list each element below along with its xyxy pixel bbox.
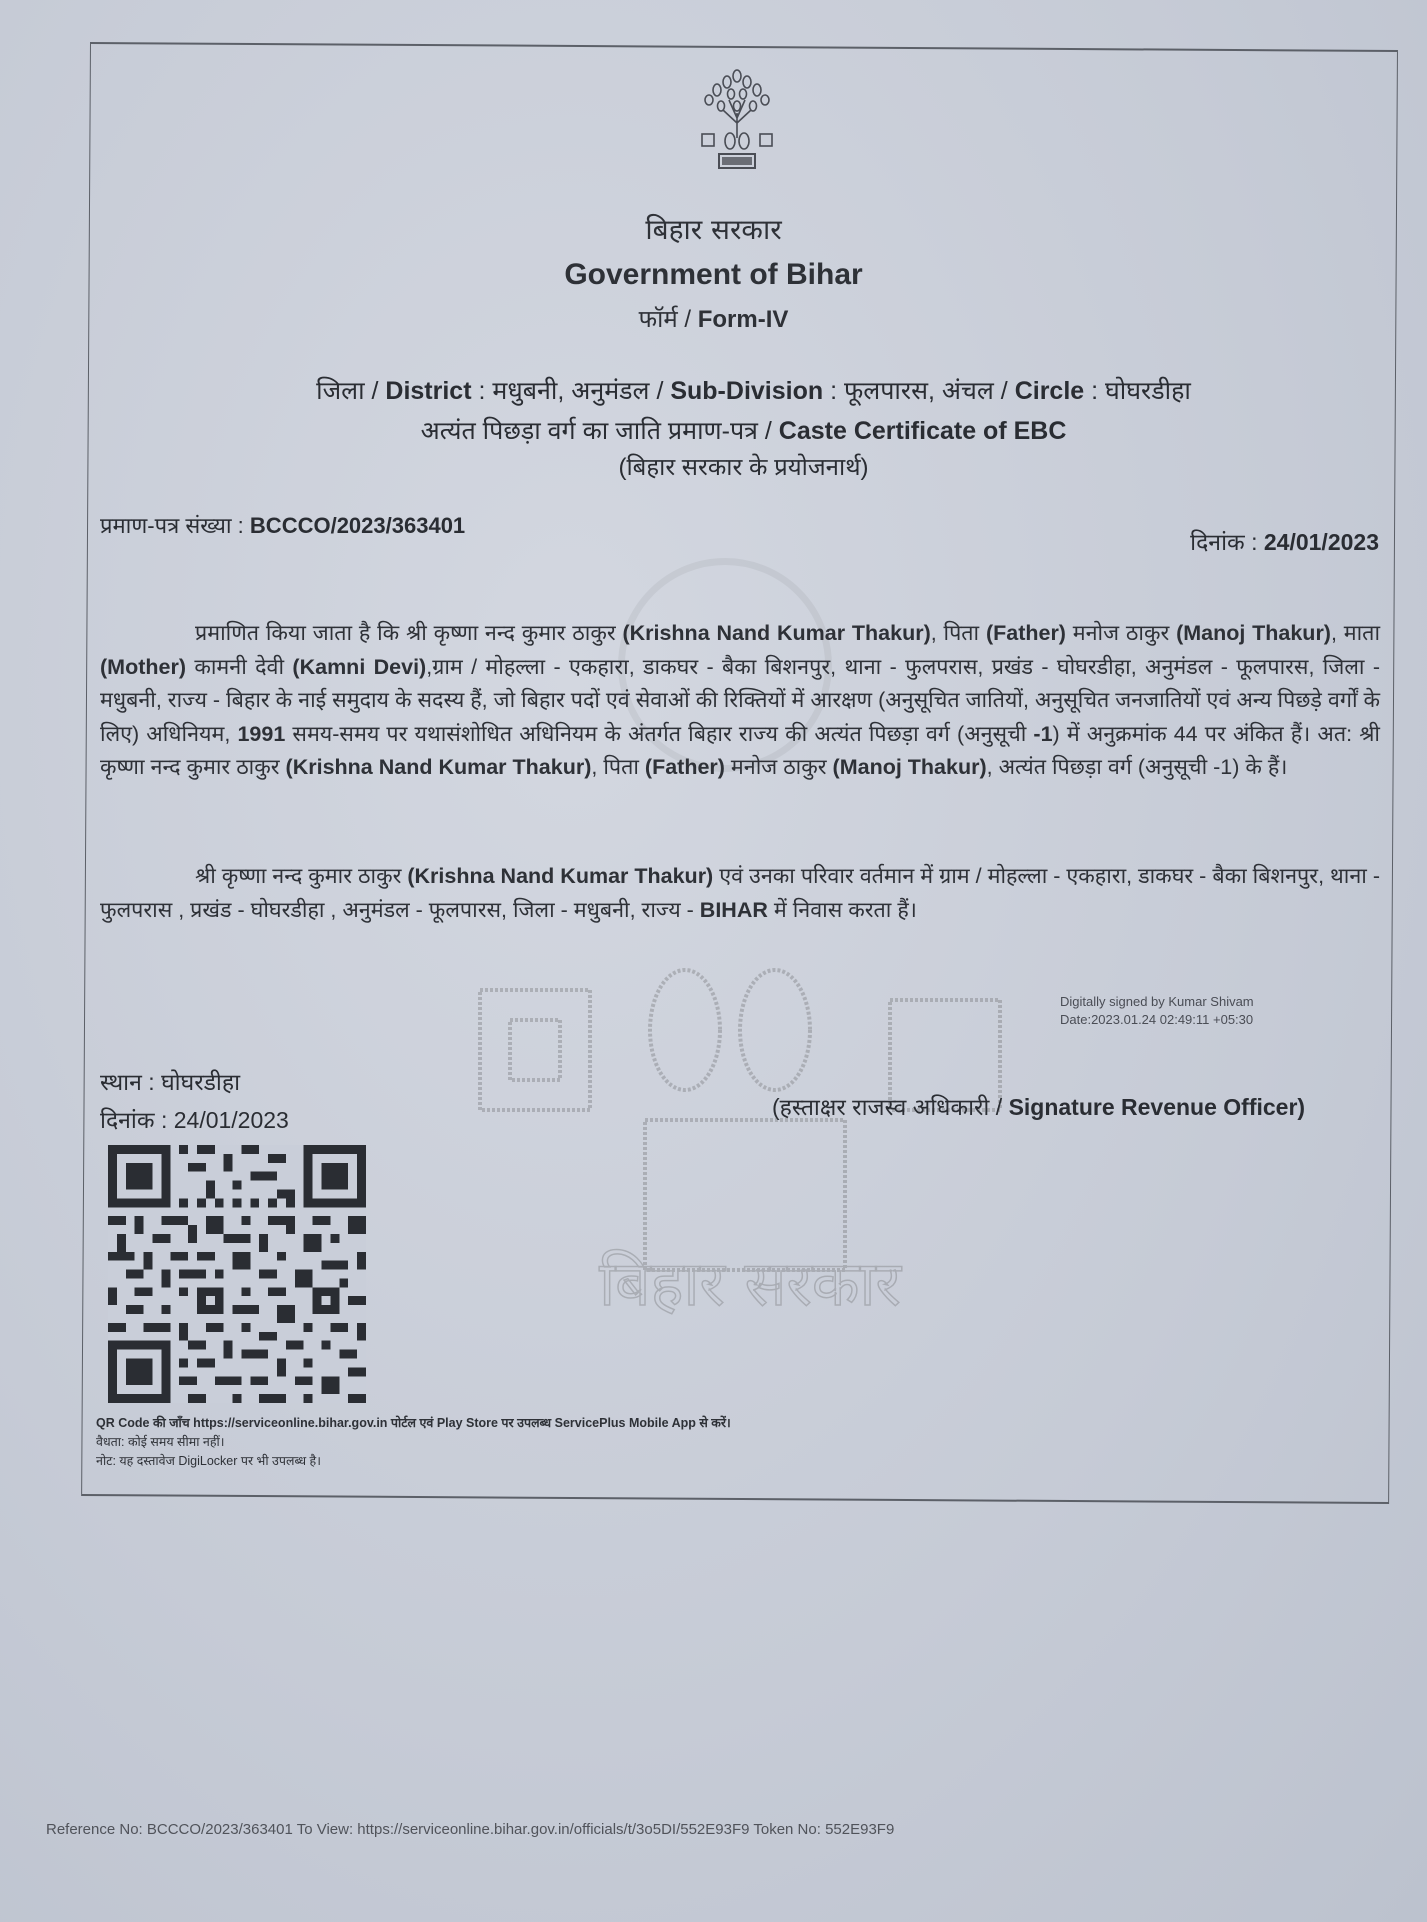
applicant-name-english: (Krishna Nand Kumar Thakur)	[622, 621, 930, 645]
svg-text:बिहार सरकार: बिहार सरकार	[599, 1247, 902, 1320]
father-name-english: (Manoj Thakur)	[1176, 621, 1331, 645]
certificate-number-label: प्रमाण-पत्र संख्या :	[100, 513, 244, 538]
certificate-type-english: Caste Certificate of EBC	[779, 417, 1067, 445]
signature-label-english: Signature Revenue Officer)	[1009, 1094, 1306, 1120]
circle-label-hindi: अंचल	[942, 377, 994, 405]
digital-signature-info: Digitally signed by Kumar Shivam Date:20…	[1060, 993, 1254, 1029]
certificate-type-hindi: अत्यंत पिछड़ा वर्ग का जाति प्रमाण-पत्र	[421, 417, 758, 445]
bihar-emblem-icon	[697, 68, 777, 178]
subdivision-label-hindi: अनुमंडल	[571, 377, 649, 405]
issue-date: दिनांक : 24/01/2023	[1190, 525, 1379, 557]
digilocker-note: नोट: यह दस्तावेज DigiLocker पर भी उपलब्ध…	[96, 1452, 731, 1471]
date-label: दिनांक :	[100, 1107, 167, 1133]
verification-notes: QR Code की जाँच https://serviceonline.bi…	[96, 1414, 731, 1471]
applicant-name-english: (Krishna Nand Kumar Thakur)	[286, 755, 592, 779]
date-line: दिनांक : 24/01/2023	[100, 1101, 289, 1139]
certificate-type: अत्यंत पिछड़ा वर्ग का जाति प्रमाण-पत्र /…	[30, 413, 1427, 447]
circle-value: घोघरडीहा	[1105, 377, 1191, 405]
validity-note: वैधता: कोई समय सीमा नहीं।	[96, 1433, 731, 1452]
place-value: घोघरडीहा	[161, 1069, 240, 1095]
text-segment: , अत्यंत पिछड़ा वर्ग (अनुसूची -1) के हैं…	[987, 755, 1288, 779]
reference-footer: Reference No: BCCCO/2023/363401 To View:…	[46, 1821, 894, 1838]
date-value: 24/01/2023	[174, 1107, 289, 1133]
text-segment: , पिता	[591, 755, 645, 779]
act-year: 1991	[237, 722, 285, 746]
issue-date-value: 24/01/2023	[1264, 529, 1379, 555]
form-title: फॉर्म / Form-IV	[0, 302, 1427, 335]
certificate-number: प्रमाण-पत्र संख्या : BCCCO/2023/363401	[100, 510, 465, 540]
digital-signature-date: Date:2023.01.24 02:49:11 +05:30	[1060, 1011, 1254, 1029]
text-segment: मनोज ठाकुर	[1066, 621, 1176, 645]
place-line: स्थान : घोघरडीहा	[100, 1063, 289, 1101]
text-segment: समय-समय पर यथासंशोधित अधिनियम के अंतर्गत…	[285, 722, 1033, 746]
text-segment: प्रमाणित किया जाता है कि श्री कृष्णा नन्…	[195, 621, 622, 645]
state-name: BIHAR	[700, 898, 768, 922]
certificate-purpose: (बिहार सरकार के प्रयोजनार्थ)	[30, 450, 1427, 483]
text-segment: , माता	[1331, 621, 1380, 645]
circle-label: Circle	[1015, 377, 1084, 405]
father-label: (Father)	[986, 621, 1066, 645]
text-segment: कामनी देवी	[186, 655, 292, 679]
applicant-name-english: (Krishna Nand Kumar Thakur)	[407, 864, 713, 888]
signature-label-hindi: (हस्ताक्षर राजस्व अधिकारी /	[772, 1094, 1009, 1120]
subdivision-value: फूलपारस	[844, 377, 928, 405]
father-name-english: (Manoj Thakur)	[833, 755, 987, 779]
form-label-hindi: फॉर्म	[639, 306, 678, 333]
issue-date-label: दिनांक :	[1190, 529, 1257, 555]
mother-name-english: (Kamni Devi)	[292, 655, 426, 679]
text-segment: , पिता	[931, 621, 986, 645]
certificate-body-paragraph-1: प्रमाणित किया जाता है कि श्री कृष्णा नन्…	[100, 617, 1380, 785]
header-title-hindi: बिहार सरकार	[0, 210, 1427, 248]
form-label-english: Form-IV	[698, 306, 789, 333]
qr-verification-note: QR Code की जाँच https://serviceonline.bi…	[96, 1414, 731, 1433]
place-label: स्थान :	[100, 1069, 155, 1095]
subdivision-label: Sub-Division	[670, 377, 823, 405]
mother-label: (Mother)	[100, 655, 186, 679]
digital-signature-signer: Digitally signed by Kumar Shivam	[1060, 993, 1254, 1011]
text-segment: में निवास करता हैं।	[768, 898, 917, 922]
district-label: District	[385, 377, 471, 405]
location-line: जिला / District : मधुबनी, अनुमंडल / Sub-…	[40, 373, 1427, 407]
schedule-number: -1	[1033, 722, 1052, 746]
father-label: (Father)	[645, 755, 725, 779]
text-segment: श्री कृष्णा नन्द कुमार ठाकुर	[195, 864, 407, 888]
signature-revenue-officer: (हस्ताक्षर राजस्व अधिकारी / Signature Re…	[772, 1090, 1305, 1122]
watermark-emblem-icon: बिहार सरकार	[470, 960, 1030, 1320]
place-and-date: स्थान : घोघरडीहा दिनांक : 24/01/2023	[100, 1063, 289, 1139]
text-segment: मनोज ठाकुर	[725, 755, 833, 779]
district-label-hindi: जिला	[316, 377, 364, 405]
header-title-english: Government of Bihar	[0, 258, 1427, 292]
certificate-body-paragraph-2: श्री कृष्णा नन्द कुमार ठाकुर (Krishna Na…	[100, 860, 1380, 927]
certificate-number-value: BCCCO/2023/363401	[250, 513, 465, 538]
qr-code-icon[interactable]	[108, 1145, 366, 1403]
district-value: मधुबनी	[492, 377, 557, 405]
